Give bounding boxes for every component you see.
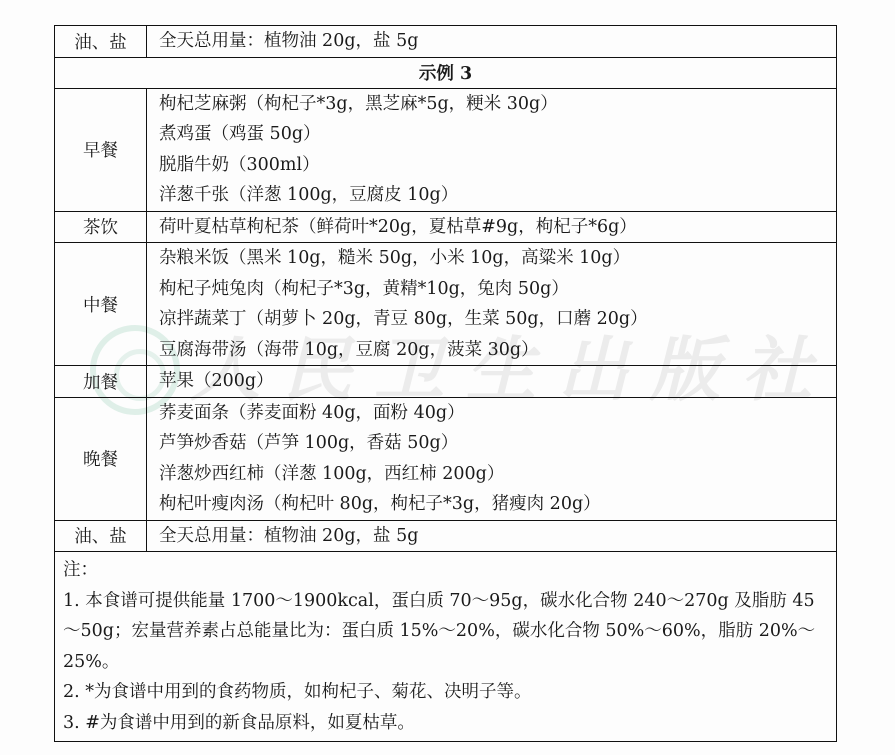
note-item: 2. *为食谱中用到的食药物质，如枸杞子、菊花、决明子等。	[63, 677, 826, 708]
table-row-notes: 注： 1. 本食谱可提供能量 1700～1900kcal，蛋白质 70～95g，…	[55, 552, 837, 742]
table-row-dinner: 晚餐 荞麦面条（荞麦面粉 40g，面粉 40g） 芦笋炒香菇（芦笋 100g，香…	[55, 397, 837, 520]
list-item: 芦笋炒香菇（芦笋 100g，香菇 50g）	[159, 428, 836, 459]
example-title: 示例 3	[55, 57, 837, 88]
table-row-example-title: 示例 3	[55, 57, 837, 88]
table-row-oil-salt: 油、盐 全天总用量：植物油 20g，盐 5g	[55, 520, 837, 552]
meal-label: 油、盐	[55, 520, 147, 552]
list-item: 杂粮米饭（黑米 10g，糙米 50g，小米 10g，高粱米 10g）	[159, 243, 836, 274]
note-item: 3. #为食谱中用到的新食品原料，如夏枯草。	[63, 708, 826, 739]
table-row-snack: 加餐 苹果（200g）	[55, 366, 837, 398]
diet-menu-table: 油、盐 全天总用量：植物油 20g，盐 5g 示例 3 早餐 枸杞芝麻粥（枸杞子…	[54, 25, 837, 742]
list-item: 洋葱千张（洋葱 100g，豆腐皮 10g）	[159, 180, 836, 211]
table-row-top-oil-salt: 油、盐 全天总用量：植物油 20g，盐 5g	[55, 26, 837, 58]
list-item: 枸杞芝麻粥（枸杞子*3g，黑芝麻*5g，粳米 30g）	[159, 89, 836, 120]
table-row-breakfast: 早餐 枸杞芝麻粥（枸杞子*3g，黑芝麻*5g，粳米 30g） 煮鸡蛋（鸡蛋 50…	[55, 88, 837, 211]
list-item: 全天总用量：植物油 20g，盐 5g	[159, 521, 836, 552]
meal-items: 杂粮米饭（黑米 10g，糙米 50g，小米 10g，高粱米 10g） 枸杞子炖兔…	[147, 243, 837, 366]
meal-items: 枸杞芝麻粥（枸杞子*3g，黑芝麻*5g，粳米 30g） 煮鸡蛋（鸡蛋 50g） …	[147, 88, 837, 211]
table-row-tea: 茶饮 荷叶夏枯草枸杞茶（鲜荷叶*20g，夏枯草#9g，枸杞子*6g）	[55, 211, 837, 243]
meal-items: 全天总用量：植物油 20g，盐 5g	[147, 520, 837, 552]
list-item: 煮鸡蛋（鸡蛋 50g）	[159, 119, 836, 150]
list-item: 荷叶夏枯草枸杞茶（鲜荷叶*20g，夏枯草#9g，枸杞子*6g）	[159, 212, 836, 243]
meal-label: 早餐	[55, 88, 147, 211]
meal-label: 晚餐	[55, 397, 147, 520]
list-item: 枸杞子炖兔肉（枸杞子*3g，黄精*10g，兔肉 50g）	[159, 274, 836, 305]
list-item: 豆腐海带汤（海带 10g，豆腐 20g，菠菜 30g）	[159, 335, 836, 366]
notes-cell: 注： 1. 本食谱可提供能量 1700～1900kcal，蛋白质 70～95g，…	[55, 552, 837, 742]
meal-label: 茶饮	[55, 211, 147, 243]
meal-items: 荞麦面条（荞麦面粉 40g，面粉 40g） 芦笋炒香菇（芦笋 100g，香菇 5…	[147, 397, 837, 520]
meal-label: 中餐	[55, 243, 147, 366]
meal-items: 全天总用量：植物油 20g，盐 5g	[147, 26, 837, 58]
list-item: 枸杞叶瘦肉汤（枸杞叶 80g，枸杞子*3g，猪瘦肉 20g）	[159, 489, 836, 520]
list-item: 荞麦面条（荞麦面粉 40g，面粉 40g）	[159, 398, 836, 429]
meal-label: 油、盐	[55, 26, 147, 58]
list-item: 全天总用量：植物油 20g，盐 5g	[159, 26, 836, 57]
meal-label: 加餐	[55, 366, 147, 398]
list-item: 凉拌蔬菜丁（胡萝卜 20g，青豆 80g，生菜 50g，口蘑 20g）	[159, 304, 836, 335]
table-row-lunch: 中餐 杂粮米饭（黑米 10g，糙米 50g，小米 10g，高粱米 10g） 枸杞…	[55, 243, 837, 366]
list-item: 洋葱炒西红柿（洋葱 100g，西红柿 200g）	[159, 459, 836, 490]
note-item: 1. 本食谱可提供能量 1700～1900kcal，蛋白质 70～95g，碳水化…	[63, 586, 826, 678]
list-item: 脱脂牛奶（300ml）	[159, 150, 836, 181]
list-item: 苹果（200g）	[159, 366, 836, 397]
notes-heading: 注：	[63, 555, 826, 586]
meal-items: 荷叶夏枯草枸杞茶（鲜荷叶*20g，夏枯草#9g，枸杞子*6g）	[147, 211, 837, 243]
meal-items: 苹果（200g）	[147, 366, 837, 398]
